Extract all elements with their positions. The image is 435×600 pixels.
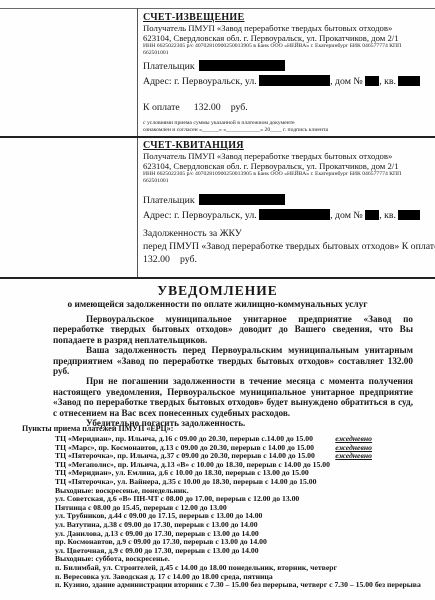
currency-label: руб. xyxy=(180,254,197,265)
amount-due-value: 132.00 xyxy=(194,102,221,113)
payment-point-note: ежедневно xyxy=(335,452,372,461)
payment-point-row: п. Кузино, здание администрации вторник … xyxy=(55,581,427,590)
scanned-utility-bill-page: СЧЕТ-ИЗВЕЩЕНИЕ Получатель ПМУП «Завод пе… xyxy=(0,0,435,600)
recipient-line: Получатель ПМУП «Завод переработке тверд… xyxy=(143,23,433,33)
bank-details-line: ИНН 6625022305 р/с 40702810900250013905 … xyxy=(143,171,425,185)
debt-line-2: перед ПМУП «Завод переработке твердых бы… xyxy=(143,241,433,252)
section-divider-line xyxy=(0,136,435,138)
payer-address-row: Адрес: г. Первоуральск, ул. , дом № , кв… xyxy=(143,75,433,87)
invoice-receipt-section: СЧЕТ-КВИТАНЦИЯ Получатель ПМУП «Завод пе… xyxy=(143,139,433,277)
apartment-redacted xyxy=(398,76,420,86)
terms-note: с условиями приема суммы указанной в пла… xyxy=(143,120,433,134)
house-prefix: , дом № xyxy=(330,76,365,87)
payer-address-row: Адрес: г. Первоуральск, ул. , дом № , кв… xyxy=(143,209,433,221)
payer-label: Плательщик xyxy=(143,61,195,72)
street-redacted xyxy=(259,75,330,86)
amount-due-label: К оплате xyxy=(143,102,180,113)
terms-line-2: ознакомлен и согласен «______» «________… xyxy=(143,127,433,134)
notification-subtitle: о имеющейся задолженности по оплате жили… xyxy=(0,300,435,310)
currency-label: руб. xyxy=(231,102,248,113)
org-address-line: 623104, Свердловская обл. г. Первоуральс… xyxy=(143,161,433,171)
address-prefix: Адрес: г. Первоуральск, ул. xyxy=(143,210,259,221)
apt-prefix: , кв. xyxy=(379,76,398,87)
org-address-line: 623104, Свердловская обл. г. Первоуральс… xyxy=(143,33,433,43)
apt-prefix: , кв. xyxy=(379,210,398,221)
notification-paragraph: Первоуральское муниципальное унитарное п… xyxy=(53,314,413,345)
payment-point-text: п. Кузино, здание администрации вторник … xyxy=(55,581,421,590)
debt-amount-value: 132.00 xyxy=(143,254,170,265)
payer-name-redacted xyxy=(199,60,285,71)
apartment-redacted xyxy=(398,210,420,220)
recipient-line: Получатель ПМУП «Завод переработке тверд… xyxy=(143,151,433,161)
house-prefix: , дом № xyxy=(330,210,365,221)
top-rule-line xyxy=(0,8,435,9)
payment-points-section: Пункты приема платежей ПМУП «ЕРЦ»: ТЦ «М… xyxy=(22,424,427,590)
payer-row: Плательщик xyxy=(143,60,433,72)
payer-name-redacted xyxy=(199,194,285,205)
stub-bottom-divider-line xyxy=(0,277,435,279)
invoice-receipt-title: СЧЕТ-КВИТАНЦИЯ xyxy=(143,140,433,151)
debt-line-1: Задолженность за ЖКУ xyxy=(143,228,433,239)
terms-line-1: с условиями приема суммы указанной в пла… xyxy=(143,120,433,127)
house-number-redacted xyxy=(365,76,379,86)
notification-paragraph: Ваша задолженность перед Первоуральским … xyxy=(53,345,413,376)
amount-due-row: К оплате132.00руб. xyxy=(143,102,433,113)
address-prefix: Адрес: г. Первоуральск, ул. xyxy=(143,76,259,87)
street-redacted xyxy=(259,209,330,220)
notification-body: Первоуральское муниципальное унитарное п… xyxy=(53,314,413,428)
payment-points-heading: Пункты приема платежей ПМУП «ЕРЦ»: xyxy=(22,424,427,433)
notification-title: УВЕДОМЛЕНИЕ xyxy=(0,283,435,299)
bank-details-line: ИНН 6625022305 р/с 40702810900250013905 … xyxy=(143,43,425,57)
payer-row: Плательщик xyxy=(143,194,433,206)
invoice-notice-title: СЧЕТ-ИЗВЕЩЕНИЕ xyxy=(143,12,433,23)
debt-amount-row: 132.00руб. xyxy=(143,254,433,265)
notification-paragraph: При не погашении задолженности в течение… xyxy=(53,376,413,418)
payer-label: Плательщик xyxy=(143,195,195,206)
vertical-divider-line xyxy=(137,8,138,277)
house-number-redacted xyxy=(365,210,379,220)
invoice-notice-section: СЧЕТ-ИЗВЕЩЕНИЕ Получатель ПМУП «Завод пе… xyxy=(143,10,433,136)
